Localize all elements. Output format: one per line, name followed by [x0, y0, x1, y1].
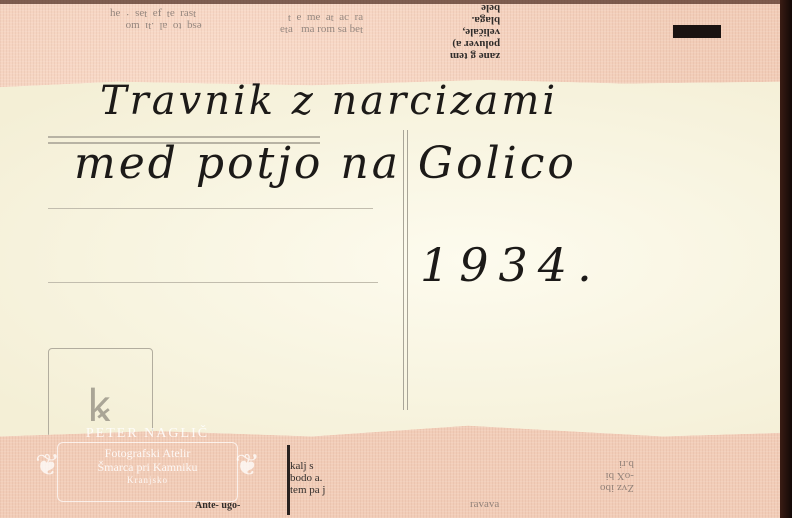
newspaper-rule: [287, 445, 290, 515]
photo-scene: zane g tem poluver a) veličale, blaga. b…: [0, 0, 792, 518]
postcard-rule: [48, 282, 378, 283]
handwriting-line-1: Travnik z narcizami: [100, 78, 558, 124]
handwriting-line-3: 1934.: [420, 238, 602, 292]
dark-patch: [673, 25, 721, 38]
handwriting-line-2: med potjo na Golico: [74, 138, 577, 189]
studio-region: Kranjsko: [35, 475, 260, 485]
newspaper-ghost-text: esq to al .ʇı ɯo ʇsɐɹ ǝʇ ɟǝ ʇǝs · ǝɥ: [110, 8, 202, 32]
frame-edge-right: [780, 0, 792, 518]
postcard: ꝃ: [0, 80, 780, 440]
newspaper-fragment-top: zane g tem poluver a) veličale, blaga. b…: [450, 2, 500, 62]
studio-name: PETER NAGLIČ: [35, 426, 260, 442]
postcard-rule: [48, 208, 373, 209]
newspaper-fragment-bottom-tail: ravava: [470, 498, 499, 510]
studio-location: Šmarca pri Kamniku: [35, 460, 260, 475]
studio-stamp: ❦ ❦ PETER NAGLIČ Fotografski Atelir Šmar…: [35, 440, 260, 510]
frame-edge-top: [0, 0, 792, 4]
studio-line: Fotografski Atelir: [35, 446, 260, 461]
newspaper-ghost-text: ʇǝq ɐs ɯoɹ ɐɯ ɐʇǝ ɐɹ ɔɐ ʇɐ ǝɯ ǝ ʇ: [280, 12, 363, 36]
newspaper-fragment-bottom: kalj s bodo a. tem pa j: [290, 460, 325, 496]
newspaper-fragment-bottom-right: Zvz ibo -oX bi b.ri: [600, 458, 634, 494]
